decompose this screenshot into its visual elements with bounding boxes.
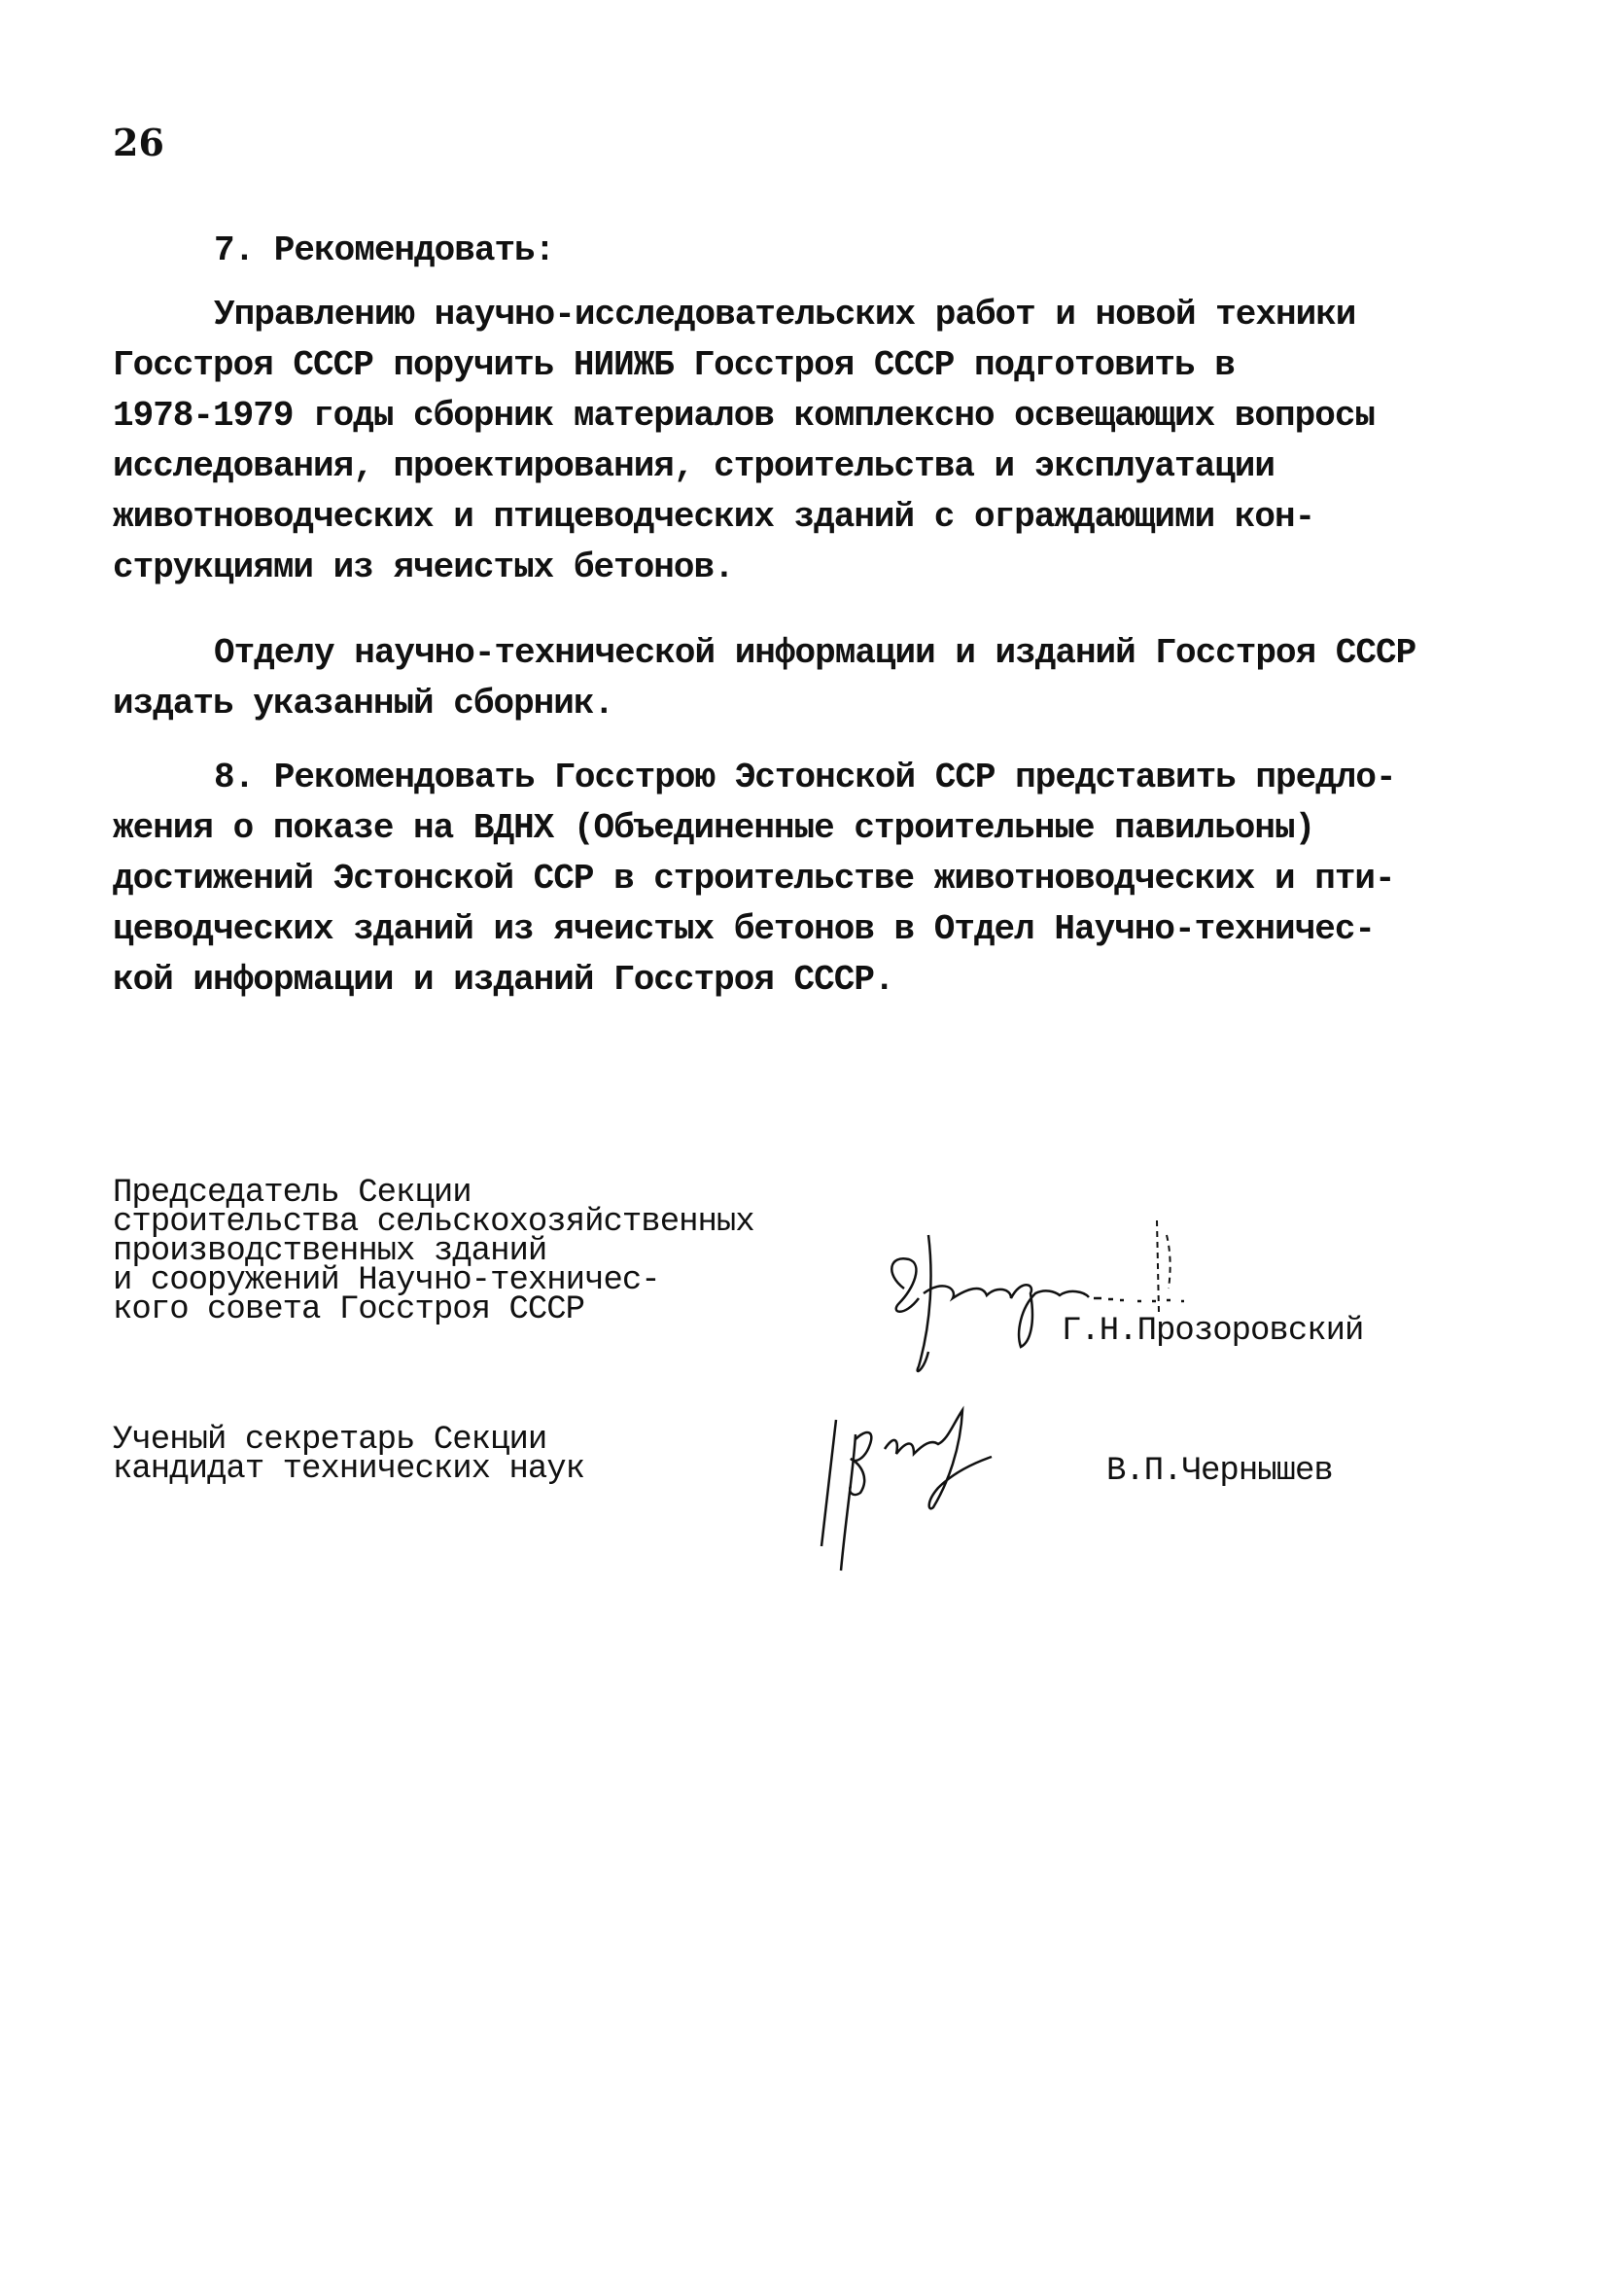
section-7-heading: 7. Рекомендовать:	[113, 226, 1474, 276]
text-line: 8. Рекомендовать Госстрою Эстонской ССР …	[113, 753, 1474, 803]
text-line: исследования, проектирования, строительс…	[113, 442, 1474, 492]
title-line: кандидат технических наук	[113, 1455, 584, 1484]
heading-text: 7. Рекомендовать:	[113, 226, 1474, 276]
handwritten-signature-2	[817, 1400, 1089, 1585]
signatory-2-title: Ученый секретарь Секции кандидат техниче…	[113, 1426, 584, 1484]
signatory-2-name: В.П.Чернышев	[1106, 1453, 1333, 1490]
text-line: Отделу научно-технической информации и и…	[113, 628, 1474, 679]
signatory-1-name: Г.Н.Прозоровский	[1062, 1313, 1363, 1350]
title-line: кого совета Госстроя СССР	[113, 1295, 754, 1325]
text-line: цеводческих зданий из ячеистых бетонов в…	[113, 904, 1474, 955]
signatory-1-title: Председатель Секции строительства сельск…	[113, 1179, 754, 1325]
text-line: достижений Эстонской ССР в строительстве…	[113, 854, 1474, 904]
text-line: 1978-1979 годы сборник материалов компле…	[113, 391, 1474, 442]
text-line: животноводческих и птицеводческих зданий…	[113, 492, 1474, 543]
text-line: Управлению научно-исследовательских рабо…	[113, 290, 1474, 340]
text-line: Госстроя СССР поручить НИИЖБ Госстроя СС…	[113, 340, 1474, 391]
section-8-paragraph: 8. Рекомендовать Госстрою Эстонской ССР …	[113, 753, 1474, 1006]
handwritten-signature-1	[875, 1196, 1361, 1391]
text-line: издать указанный сборник.	[113, 679, 1474, 729]
page-number: 26	[113, 121, 164, 164]
section-7-paragraph-1: Управлению научно-исследовательских рабо…	[113, 290, 1474, 593]
text-line: струкциями из ячеистых бетонов.	[113, 543, 1474, 593]
text-line: кой информации и изданий Госстроя СССР.	[113, 955, 1474, 1006]
text-line: жения о показе на ВДНХ (Объединенные стр…	[113, 803, 1474, 854]
section-7-paragraph-2: Отделу научно-технической информации и и…	[113, 628, 1474, 729]
